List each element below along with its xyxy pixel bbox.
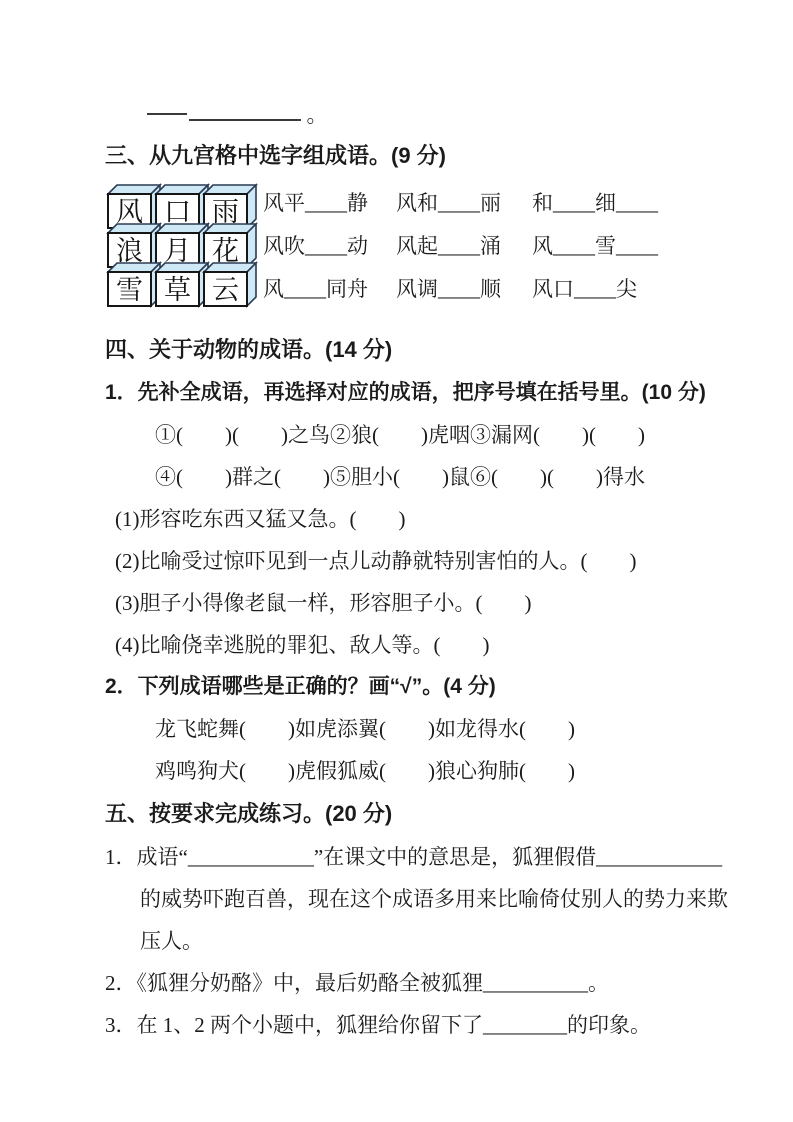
svg-text:雨: 雨 <box>212 197 239 227</box>
check-item[interactable]: 虎假狐威( ) <box>295 750 435 792</box>
check-item[interactable]: 龙飞蛇舞( ) <box>155 708 295 750</box>
grid-cube: 花 <box>204 224 256 267</box>
nine-grid: 风 口 雨 浪 <box>105 182 263 326</box>
check-item[interactable]: 如龙得水( ) <box>435 708 575 750</box>
svg-text:风: 风 <box>116 197 143 227</box>
idiom-blank-item[interactable]: ⑥( )( )得水 <box>470 456 645 498</box>
grid-cube: 草 <box>156 263 208 306</box>
grid-cube: 云 <box>204 263 256 306</box>
idiom-blank-item[interactable]: ⑤胆小( )鼠 <box>330 456 470 498</box>
section5-q1-line3: 压人。 <box>105 920 738 962</box>
grid-cube: 风 <box>108 185 160 228</box>
clue-line-3[interactable]: (3)胆子小得像老鼠一样，形容胆子小。( ) <box>105 582 738 624</box>
section4-q1-prompt: 1．先补全成语，再选择对应的成语，把序号填在括号里。(10 分) <box>105 372 738 414</box>
idiom-blank-item[interactable]: 风____雪____ <box>532 225 738 268</box>
section3-body: 风 口 雨 浪 <box>105 182 738 326</box>
idiom-blank-item[interactable]: 风调____顺 <box>396 268 532 311</box>
grid-cube: 浪 <box>108 224 160 267</box>
idiom-blank-item[interactable]: ①( )( )之鸟 <box>155 414 330 456</box>
section5-heading: 五、按要求完成练习。(20 分) <box>105 792 738 836</box>
sentence-period: 。 <box>307 103 328 127</box>
grid-cube: 口 <box>156 185 208 228</box>
complete-idiom-row-2: ④( )群之( ) ⑤胆小( )鼠 ⑥( )( )得水 <box>105 456 738 498</box>
section5-q1-line1[interactable]: 1．成语“____________”在课文中的意思是，狐狸假借_________… <box>105 836 738 878</box>
grid-cube: 月 <box>156 224 208 267</box>
idiom-blank-item[interactable]: ③漏网( )( ) <box>470 414 645 456</box>
section5-q1-line2: 的威势吓跑百兽，现在这个成语多用来比喻倚仗别人的势力来欺 <box>105 878 738 920</box>
check-idiom-row-1: 龙飞蛇舞( ) 如虎添翼( ) 如龙得水( ) <box>105 708 738 750</box>
check-item[interactable]: 狼心狗肺( ) <box>435 750 575 792</box>
check-idiom-row-2: 鸡鸣狗犬( ) 虎假狐威( ) 狼心狗肺( ) <box>105 750 738 792</box>
idiom-blank-item[interactable]: 风口____尖 <box>532 268 738 311</box>
complete-idiom-row-1: ①( )( )之鸟 ②狼( )虎咽 ③漏网( )( ) <box>105 414 738 456</box>
idiom-blank-item[interactable]: 风吹____动 <box>263 225 396 268</box>
clue-line-1[interactable]: (1)形容吃东西又猛又急。( ) <box>105 498 738 540</box>
svg-text:雪: 雪 <box>116 275 143 305</box>
clue-line-2[interactable]: (2)比喻受过惊吓见到一点儿动静就特别害怕的人。( ) <box>105 540 738 582</box>
idiom-blank-item[interactable]: ②狼( )虎咽 <box>330 414 470 456</box>
section5-q3[interactable]: 3．在 1、2 两个小题中，狐狸给你留下了________的印象。 <box>105 1004 738 1046</box>
idiom-blank-item[interactable]: ④( )群之( ) <box>155 456 330 498</box>
check-item[interactable]: 如虎添翼( ) <box>295 708 435 750</box>
idiom-blank-item[interactable]: 风和____丽 <box>396 182 532 225</box>
idiom-blank-item[interactable]: 风起____涌 <box>396 225 532 268</box>
idiom-blank-item[interactable]: 和____细____ <box>532 182 738 225</box>
svg-text:口: 口 <box>164 197 191 227</box>
svg-text:花: 花 <box>212 236 239 266</box>
svg-text:浪: 浪 <box>116 236 143 266</box>
section4-heading: 四、关于动物的成语。(14 分) <box>105 328 738 372</box>
svg-text:草: 草 <box>164 275 191 305</box>
idiom-fill-list: 风平____静 风和____丽 和____细____ 风吹____动 风起___… <box>263 182 738 311</box>
answer-blank-short[interactable] <box>147 112 187 115</box>
carryover-answer-line: 。 <box>147 96 738 134</box>
answer-blank-long[interactable] <box>189 118 301 121</box>
section5-q2[interactable]: 2．《狐狸分奶酪》中，最后奶酪全被狐狸__________。 <box>105 962 738 1004</box>
svg-text:云: 云 <box>212 275 239 305</box>
section4-q2-prompt: 2．下列成语哪些是正确的？画“√”。(4 分) <box>105 666 738 708</box>
idiom-blank-item[interactable]: 风平____静 <box>263 182 396 225</box>
nine-grid-cubes: 风 口 雨 浪 <box>105 182 261 312</box>
svg-text:月: 月 <box>164 236 191 266</box>
worksheet-page: 。 三、从九宫格中选字组成语。(9 分) 风 口 <box>0 0 793 1046</box>
idiom-blank-item[interactable]: 风____同舟 <box>263 268 396 311</box>
grid-cube: 雨 <box>204 185 256 228</box>
clue-line-4[interactable]: (4)比喻侥幸逃脱的罪犯、敌人等。( ) <box>105 624 738 666</box>
check-item[interactable]: 鸡鸣狗犬( ) <box>155 750 295 792</box>
section3-heading: 三、从九宫格中选字组成语。(9 分) <box>105 134 738 178</box>
grid-cube: 雪 <box>108 263 160 306</box>
